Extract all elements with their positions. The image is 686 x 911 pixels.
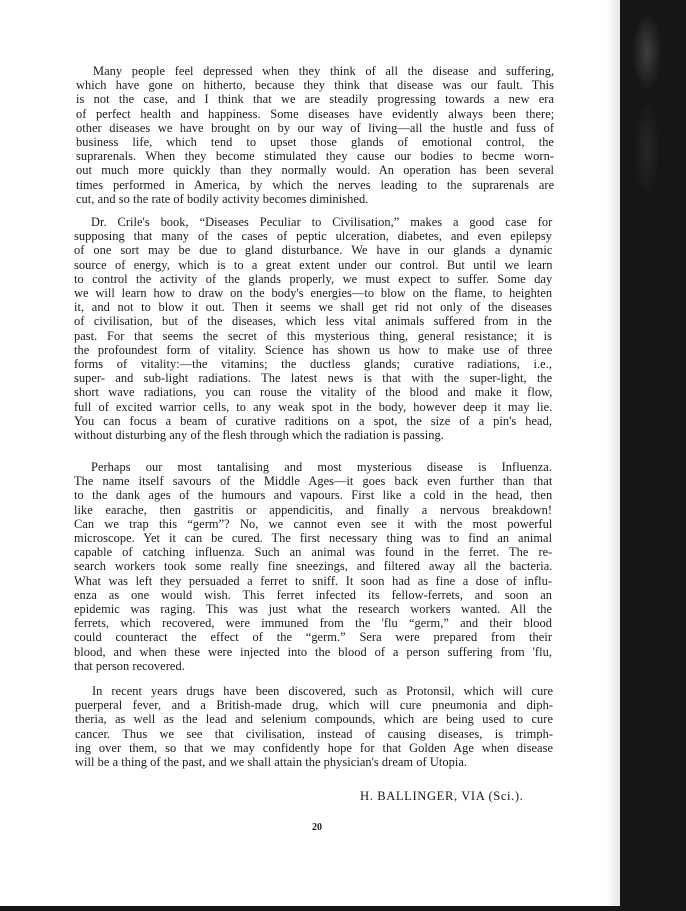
text-line: like earache, then gastritis or appendic…: [74, 503, 552, 517]
text-line: out much more quickly than they normally…: [76, 163, 554, 177]
text-line: past. For that seems the secret of this …: [74, 329, 552, 343]
text-line: business life, which tend to upset those…: [76, 135, 554, 149]
author-signature: H. BALLINGER, VIA (Sci.).: [360, 789, 523, 804]
text-line: What was left they persuaded a ferret to…: [74, 574, 552, 588]
text-line: Perhaps our most tantalising and most my…: [74, 460, 552, 474]
paragraph-depression-and-disease: Many people feel depressed when they thi…: [76, 64, 554, 206]
text-line: super- and sub-light radiations. The lat…: [74, 371, 552, 385]
scan-smudge: [632, 12, 662, 92]
text-line: Many people feel depressed when they thi…: [76, 64, 554, 78]
scan-bottom-edge: [0, 906, 686, 911]
paragraph-influenza: Perhaps our most tantalising and most my…: [74, 460, 552, 673]
text-line: epidemic was raging. This was just what …: [74, 602, 552, 616]
text-line: the profoundest form of vitality. Scienc…: [74, 343, 552, 357]
document-page: Many people feel depressed when they thi…: [0, 0, 620, 906]
text-line: microscope. Yet it can be cured. The fir…: [74, 531, 552, 545]
text-line: ferrets, which recovered, were immuned f…: [74, 616, 552, 630]
text-line: Can we trap this “germ”? No, we cannot e…: [74, 517, 552, 531]
text-line: Dr. Crile's book, “Diseases Peculiar to …: [74, 215, 552, 229]
text-line: search workers took some really fine sne…: [74, 559, 552, 573]
text-line: times performed in America, by which the…: [76, 178, 554, 192]
paragraph-crile-glands: Dr. Crile's book, “Diseases Peculiar to …: [74, 215, 552, 442]
text-line: will be a thing of the past, and we shal…: [75, 755, 553, 769]
text-line: full of excited warrior cells, to any we…: [74, 400, 552, 414]
text-line: to the dank ages of the humours and vapo…: [74, 488, 552, 502]
text-line: that person recovered.: [74, 659, 552, 673]
text-line: suprarenals. When they become stimulated…: [76, 149, 554, 163]
text-line: of one sort may be due to gland disturba…: [74, 243, 552, 257]
text-line: The name itself savours of the Middle Ag…: [74, 474, 552, 488]
text-line: enza as one would wish. This ferret infe…: [74, 588, 552, 602]
text-line: supposing that many of the cases of pept…: [74, 229, 552, 243]
text-line: short wave radiations, you can rouse the…: [74, 385, 552, 399]
paragraph-new-drugs: In recent years drugs have been discover…: [75, 684, 553, 769]
page-number: 20: [312, 822, 322, 833]
text-line: cut, and so the rate of bodily activity …: [76, 192, 554, 206]
text-line: puerperal fever, and a British-made drug…: [75, 698, 553, 712]
text-line: forms of vitality:—the vitamins; the duc…: [74, 357, 552, 371]
text-line: it, and not to blow it out. Then it seem…: [74, 300, 552, 314]
text-line: we will learn how to draw on the body's …: [74, 286, 552, 300]
text-line: You can focus a beam of curative raditio…: [74, 414, 552, 428]
text-line: source of energy, which is to a great ex…: [74, 258, 552, 272]
text-line: is not the case, and I think that we are…: [76, 92, 554, 106]
text-line: cancer. Thus we see that civilisation, i…: [75, 727, 553, 741]
text-line: which have gone on hitherto, because the…: [76, 78, 554, 92]
text-line: ing over them, so that we may confidentl…: [75, 741, 553, 755]
text-line: of civilisation, but of the diseases, wh…: [74, 314, 552, 328]
text-line: without disturbing any of the flesh thro…: [74, 428, 552, 442]
text-line: blood, and when these were injected into…: [74, 645, 552, 659]
scan-dark-margin: [620, 0, 686, 911]
text-line: theria, as well as the lead and selenium…: [75, 712, 553, 726]
text-line: could counteract the effect of the “germ…: [74, 630, 552, 644]
text-line: to control the activity of the glands pr…: [74, 272, 552, 286]
scan-smudge: [634, 100, 660, 200]
text-line: other diseases we have brought on by our…: [76, 121, 554, 135]
text-line: In recent years drugs have been discover…: [75, 684, 553, 698]
page-edge-shadow: [606, 0, 620, 906]
text-line: of perfect health and happiness. Some di…: [76, 107, 554, 121]
text-line: capable of catching influenza. Such an a…: [74, 545, 552, 559]
